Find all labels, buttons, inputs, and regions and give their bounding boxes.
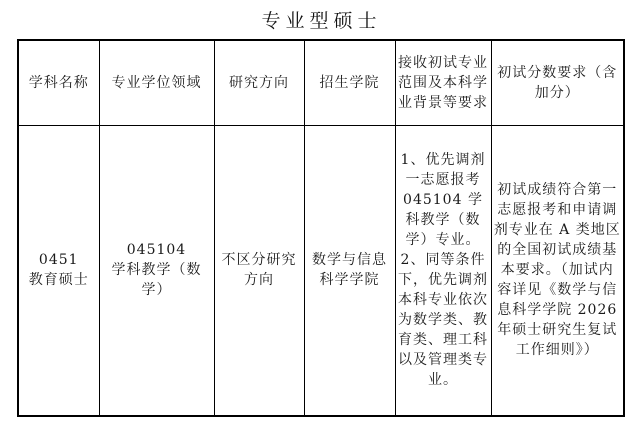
header-row: 学科名称 专业学位领域 研究方向 招生学院 接收初试专业范围及本科学业背景等要求… — [18, 40, 624, 125]
subject-code: 0451 — [21, 250, 97, 270]
field-name: 学科教学（数学） — [102, 260, 212, 300]
requirement-item-1: 1、优先调剂一志愿报考 045104 学科教学（数学）专业。 — [398, 150, 489, 250]
column-header-subject-name: 学科名称 — [18, 40, 99, 125]
cell-requirements: 1、优先调剂一志愿报考 045104 学科教学（数学）专业。 2、同等条件下，优… — [395, 125, 491, 416]
cell-research-direction: 不区分研究方向 — [214, 125, 304, 416]
column-header-research-direction: 研究方向 — [214, 40, 304, 125]
subject-name: 教育硕士 — [21, 270, 97, 290]
page: 专业型硕士 学科名称 专业学位领域 研究方向 招生学院 接收初试专业范围及本科学… — [0, 0, 643, 433]
column-header-college: 招生学院 — [304, 40, 395, 125]
table-row: 0451 教育硕士 045104 学科教学（数学） 不区分研究方向 数学与信息科… — [18, 125, 624, 416]
cell-degree-field: 045104 学科教学（数学） — [99, 125, 214, 416]
requirement-item-2: 2、同等条件下，优先调剂本科专业依次为数学类、教育类、理工科以及管理类专业。 — [398, 250, 489, 390]
cell-subject: 0451 教育硕士 — [18, 125, 99, 416]
cell-score-requirement: 初试成绩符合第一志愿报考和申请调剂专业在 A 类地区的全国初试成绩基本要求。（加… — [491, 125, 624, 416]
column-header-requirements: 接收初试专业范围及本科学业背景等要求 — [395, 40, 491, 125]
field-code: 045104 — [102, 240, 212, 260]
page-title: 专业型硕士 — [0, 0, 643, 39]
column-header-degree-field: 专业学位领域 — [99, 40, 214, 125]
admissions-table: 学科名称 专业学位领域 研究方向 招生学院 接收初试专业范围及本科学业背景等要求… — [17, 39, 625, 417]
column-header-score-requirement: 初试分数要求（含加分） — [491, 40, 624, 125]
cell-college: 数学与信息科学学院 — [304, 125, 395, 416]
